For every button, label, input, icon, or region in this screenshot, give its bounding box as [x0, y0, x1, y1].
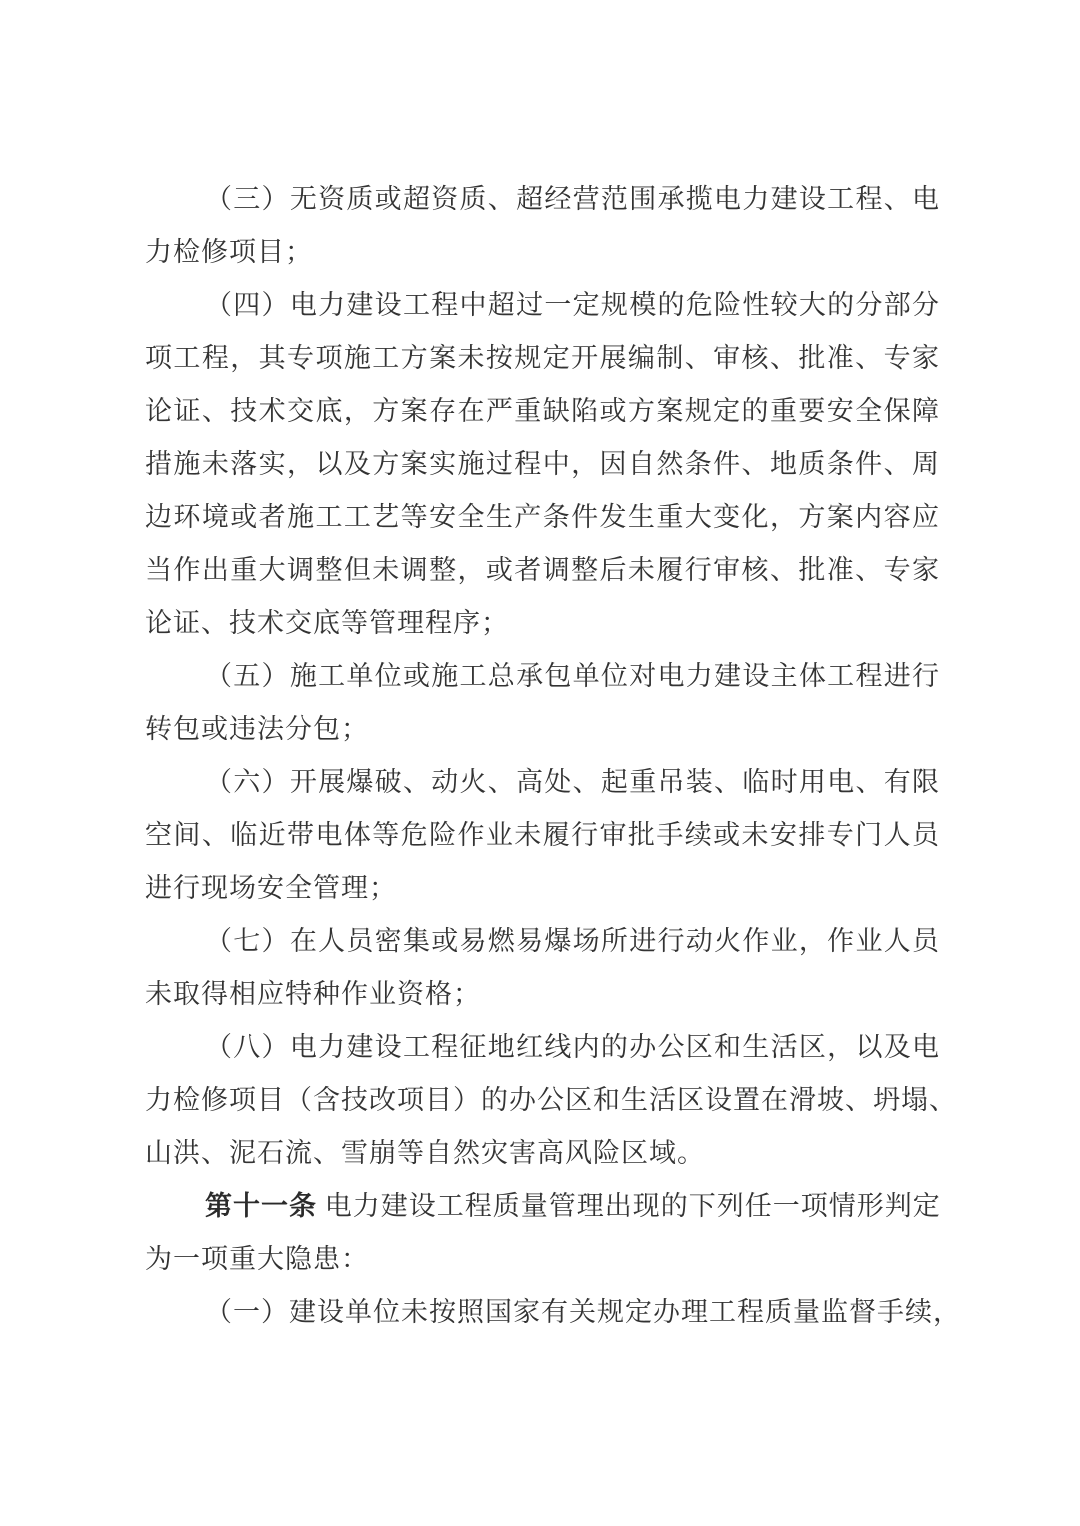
- text-line: 转包或违法分包；: [145, 703, 940, 756]
- article-heading-line: 第十一条 电力建设工程质量管理出现的下列任一项情形判定: [145, 1180, 940, 1233]
- text-line: 当作出重大调整但未调整，或者调整后未履行审核、批准、专家: [145, 544, 940, 597]
- text-line: 论证、技术交底，方案存在严重缺陷或方案规定的重要安全保障: [145, 385, 940, 438]
- document-page: （三）无资质或超资质、超经营范围承揽电力建设工程、电力检修项目；（四）电力建设工…: [0, 0, 1080, 1526]
- text-line: 项工程，其专项施工方案未按规定开展编制、审核、批准、专家: [145, 332, 940, 385]
- article-number: 第十一条: [205, 1191, 317, 1221]
- text-line: 边环境或者施工工艺等安全生产条件发生重大变化，方案内容应: [145, 491, 940, 544]
- text-line: 力检修项目（含技改项目）的办公区和生活区设置在滑坡、坍塌、: [145, 1074, 940, 1127]
- text-line: 空间、临近带电体等危险作业未履行审批手续或未安排专门人员: [145, 809, 940, 862]
- text-line: （七）在人员密集或易燃易爆场所进行动火作业，作业人员: [145, 915, 940, 968]
- text-line: 进行现场安全管理；: [145, 862, 940, 915]
- text-line: （三）无资质或超资质、超经营范围承揽电力建设工程、电: [145, 173, 940, 226]
- text-line: 未取得相应特种作业资格；: [145, 968, 940, 1021]
- text-line: 论证、技术交底等管理程序；: [145, 597, 940, 650]
- text-line: 措施未落实，以及方案实施过程中，因自然条件、地质条件、周: [145, 438, 940, 491]
- text-line: 力检修项目；: [145, 226, 940, 279]
- text-line: （四）电力建设工程中超过一定规模的危险性较大的分部分: [145, 279, 940, 332]
- text-line: （八）电力建设工程征地红线内的办公区和生活区，以及电: [145, 1021, 940, 1074]
- text-line: 为一项重大隐患：: [145, 1233, 940, 1286]
- document-body: （三）无资质或超资质、超经营范围承揽电力建设工程、电力检修项目；（四）电力建设工…: [145, 173, 940, 1339]
- text-line: 山洪、泥石流、雪崩等自然灾害高风险区域。: [145, 1127, 940, 1180]
- text-line: （一）建设单位未按照国家有关规定办理工程质量监督手续，: [145, 1286, 940, 1339]
- text-line: （五）施工单位或施工总承包单位对电力建设主体工程进行: [145, 650, 940, 703]
- text-line: （六）开展爆破、动火、高处、起重吊装、临时用电、有限: [145, 756, 940, 809]
